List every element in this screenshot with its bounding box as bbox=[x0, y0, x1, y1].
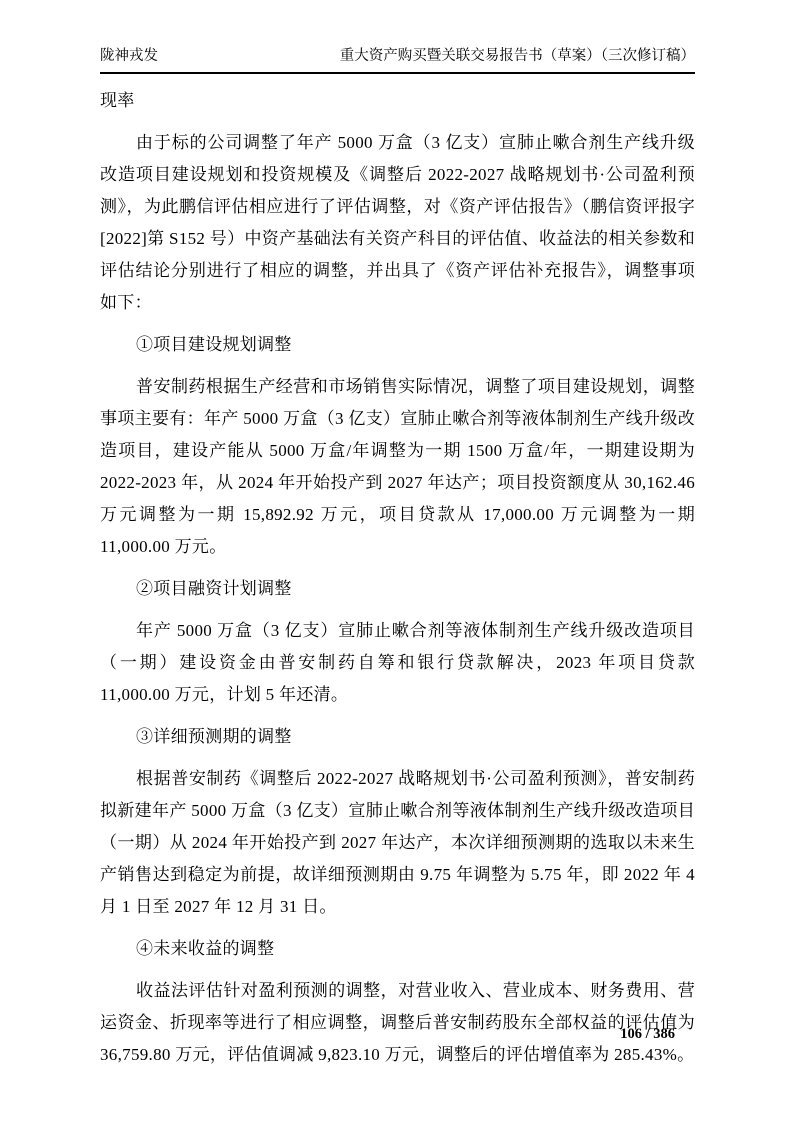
section-heading-4: ④未来收益的调整 bbox=[100, 933, 695, 965]
document-page: 陇神戎发 重大资产购买暨关联交易报告书（草案）（三次修订稿） 现率 由于标的公司… bbox=[0, 0, 793, 1122]
document-body: 现率 由于标的公司调整了年产 5000 万盒（3 亿支）宣肺止嗽合剂生产线升级改… bbox=[100, 85, 695, 1071]
page-header: 陇神戎发 重大资产购买暨关联交易报告书（草案）（三次修订稿） bbox=[100, 46, 695, 74]
section-paragraph-1: 普安制药根据生产经营和市场销售实际情况，调整了项目建设规划，调整事项主要有：年产… bbox=[100, 371, 695, 563]
section-heading-2: ②项目融资计划调整 bbox=[100, 573, 695, 605]
section-paragraph-3: 根据普安制药《调整后 2022-2027 战略规划书·公司盈利预测》，普安制药拟… bbox=[100, 763, 695, 923]
section-heading-1: ①项目建设规划调整 bbox=[100, 329, 695, 361]
section-heading-3: ③详细预测期的调整 bbox=[100, 721, 695, 753]
header-company-name: 陇神戎发 bbox=[100, 46, 158, 66]
page-number: 106 / 386 bbox=[620, 1024, 675, 1044]
section-paragraph-2: 年产 5000 万盒（3 亿支）宣肺止嗽合剂等液体制剂生产线升级改造项目（一期）… bbox=[100, 615, 695, 711]
header-report-title: 重大资产购买暨关联交易报告书（草案）（三次修订稿） bbox=[340, 46, 695, 66]
section-paragraph-4: 收益法评估针对盈利预测的调整，对营业收入、营业成本、财务费用、营运资金、折现率等… bbox=[100, 975, 695, 1071]
continuation-text: 现率 bbox=[100, 85, 695, 117]
intro-paragraph: 由于标的公司调整了年产 5000 万盒（3 亿支）宣肺止嗽合剂生产线升级改造项目… bbox=[100, 127, 695, 319]
